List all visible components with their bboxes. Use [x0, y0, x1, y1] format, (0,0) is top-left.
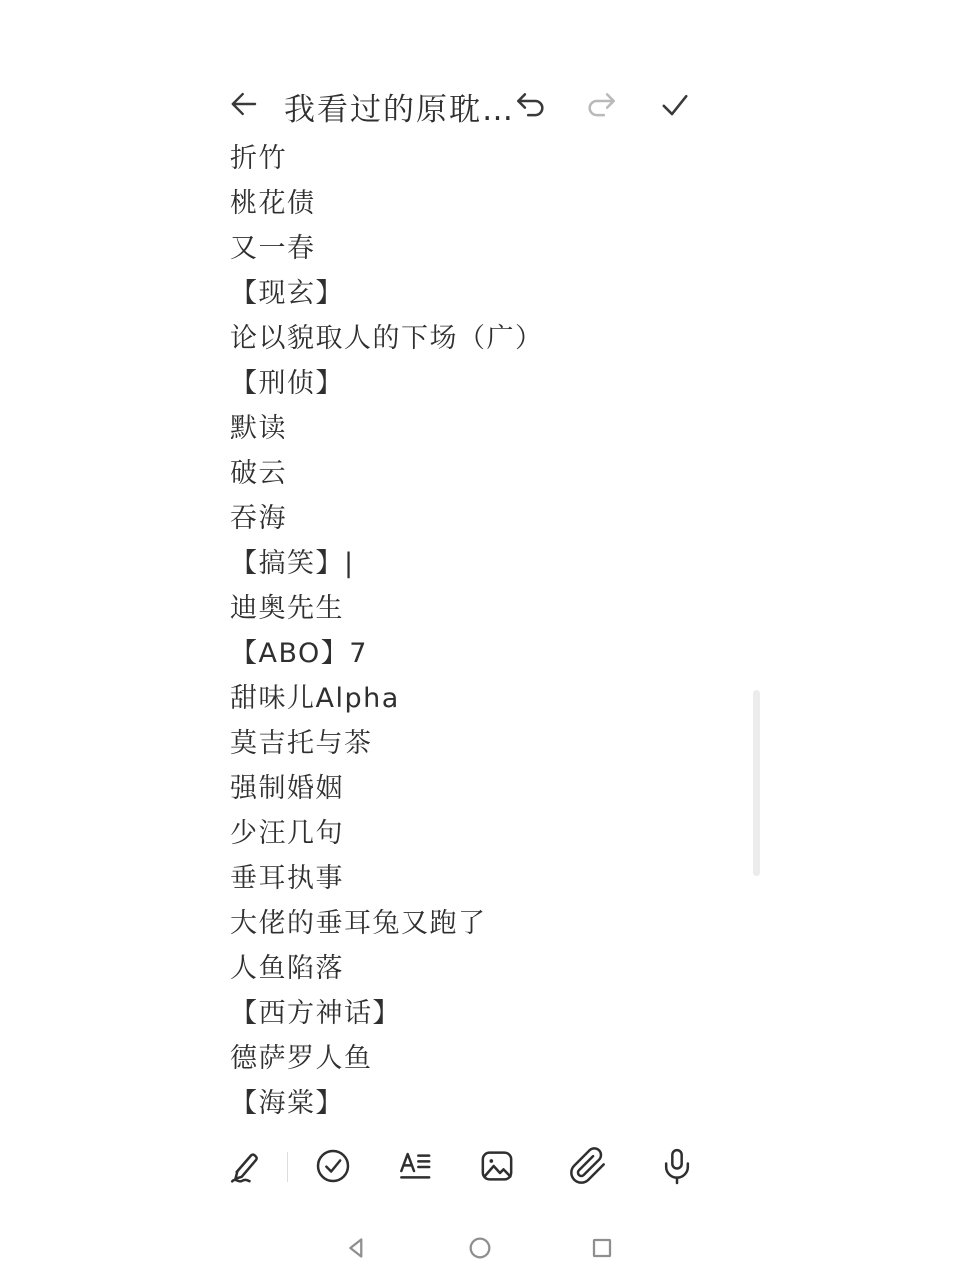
system-navigation-bar — [0, 1232, 960, 1272]
confirm-check-icon — [657, 86, 693, 122]
voice-input-button[interactable] — [657, 1146, 697, 1186]
note-line-text: 人鱼陷落 — [230, 953, 344, 984]
text-format-icon — [395, 1146, 435, 1186]
back-arrow-icon — [226, 87, 260, 121]
toolbar-divider — [287, 1152, 288, 1182]
editor-toolbar — [0, 1146, 960, 1190]
note-line[interactable]: 莫吉托与茶 — [230, 721, 730, 766]
note-line-text: 强制婚姻 — [230, 773, 344, 804]
note-editor-header: 我看过的原耽… — [0, 78, 960, 130]
voice-input-icon — [657, 1146, 697, 1186]
note-line-text: 吞海 — [230, 503, 287, 534]
note-line[interactable]: 迪奥先生 — [230, 586, 730, 631]
note-line-text: 【搞笑】| — [230, 548, 355, 579]
back-button[interactable] — [226, 87, 260, 121]
note-line[interactable]: 强制婚姻 — [230, 766, 730, 811]
note-line-text: 垂耳执事 — [230, 863, 344, 894]
note-line[interactable]: 桃花债 — [230, 181, 730, 226]
note-line-text: 默读 — [230, 413, 287, 444]
note-line[interactable]: 又一春 — [230, 226, 730, 271]
note-line-text: 大佬的垂耳兔又跑了 — [230, 908, 487, 939]
note-content-area[interactable]: 折竹桃花债又一春【现玄】论以貌取人的下场（广）【刑侦】默读破云吞海【搞笑】|迪奥… — [230, 136, 730, 1126]
note-line[interactable]: 【西方神话】 — [230, 991, 730, 1036]
note-line[interactable]: 【搞笑】| — [230, 541, 730, 586]
note-line-text: 【ABO】7 — [230, 638, 368, 669]
note-line[interactable]: 【现玄】 — [230, 271, 730, 316]
note-line-text: 莫吉托与茶 — [230, 728, 373, 759]
android-home-button[interactable] — [464, 1232, 496, 1264]
note-line-text: 桃花债 — [230, 188, 316, 219]
insert-image-icon — [477, 1146, 517, 1186]
android-recents-button[interactable] — [586, 1232, 618, 1264]
note-line-text: 甜味儿Alpha — [230, 683, 400, 714]
todo-checklist-button[interactable] — [313, 1146, 353, 1186]
confirm-button[interactable] — [657, 86, 693, 122]
attachment-button[interactable] — [568, 1146, 608, 1186]
note-line-text: 【刑侦】 — [230, 368, 344, 399]
redo-icon — [584, 86, 620, 122]
insert-image-button[interactable] — [477, 1146, 517, 1186]
note-line-text: 又一春 — [230, 233, 316, 264]
todo-checklist-icon — [313, 1146, 353, 1186]
note-line[interactable]: 甜味儿Alpha — [230, 676, 730, 721]
note-line[interactable]: 德萨罗人鱼 — [230, 1036, 730, 1081]
note-line[interactable]: 少汪几句 — [230, 811, 730, 856]
undo-button[interactable] — [512, 86, 548, 122]
note-line[interactable]: 破云 — [230, 451, 730, 496]
note-line-text: 论以貌取人的下场（广） — [230, 323, 544, 354]
android-home-icon — [464, 1232, 496, 1264]
note-line[interactable]: 默读 — [230, 406, 730, 451]
android-back-button[interactable] — [341, 1232, 373, 1264]
android-recents-icon — [586, 1232, 618, 1264]
redo-button[interactable] — [584, 86, 620, 122]
note-line[interactable]: 折竹 — [230, 136, 730, 181]
note-title: 我看过的原耽… — [284, 84, 515, 129]
scrollbar-thumb[interactable] — [753, 690, 760, 876]
note-line-text: 破云 — [230, 458, 287, 489]
undo-icon — [512, 86, 548, 122]
note-line-text: 【现玄】 — [230, 278, 344, 309]
note-line[interactable]: 大佬的垂耳兔又跑了 — [230, 901, 730, 946]
text-format-button[interactable] — [395, 1146, 435, 1186]
note-line-text: 迪奥先生 — [230, 593, 344, 624]
note-line[interactable]: 【刑侦】 — [230, 361, 730, 406]
note-line[interactable]: 【海棠】 — [230, 1081, 730, 1126]
note-line-text: 德萨罗人鱼 — [230, 1043, 373, 1074]
note-line[interactable]: 论以貌取人的下场（广） — [230, 316, 730, 361]
note-line[interactable]: 垂耳执事 — [230, 856, 730, 901]
note-line[interactable]: 人鱼陷落 — [230, 946, 730, 991]
note-line-text: 【西方神话】 — [230, 998, 401, 1029]
android-back-icon — [341, 1232, 373, 1264]
stylus-handwriting-icon — [225, 1146, 265, 1186]
note-line[interactable]: 【ABO】7 — [230, 631, 730, 676]
note-line-text: 少汪几句 — [230, 818, 344, 849]
note-line-text: 【海棠】 — [230, 1088, 344, 1119]
note-line[interactable]: 吞海 — [230, 496, 730, 541]
note-line-text: 折竹 — [230, 143, 287, 174]
stylus-handwriting-button[interactable] — [225, 1146, 265, 1186]
attachment-icon — [568, 1146, 608, 1186]
